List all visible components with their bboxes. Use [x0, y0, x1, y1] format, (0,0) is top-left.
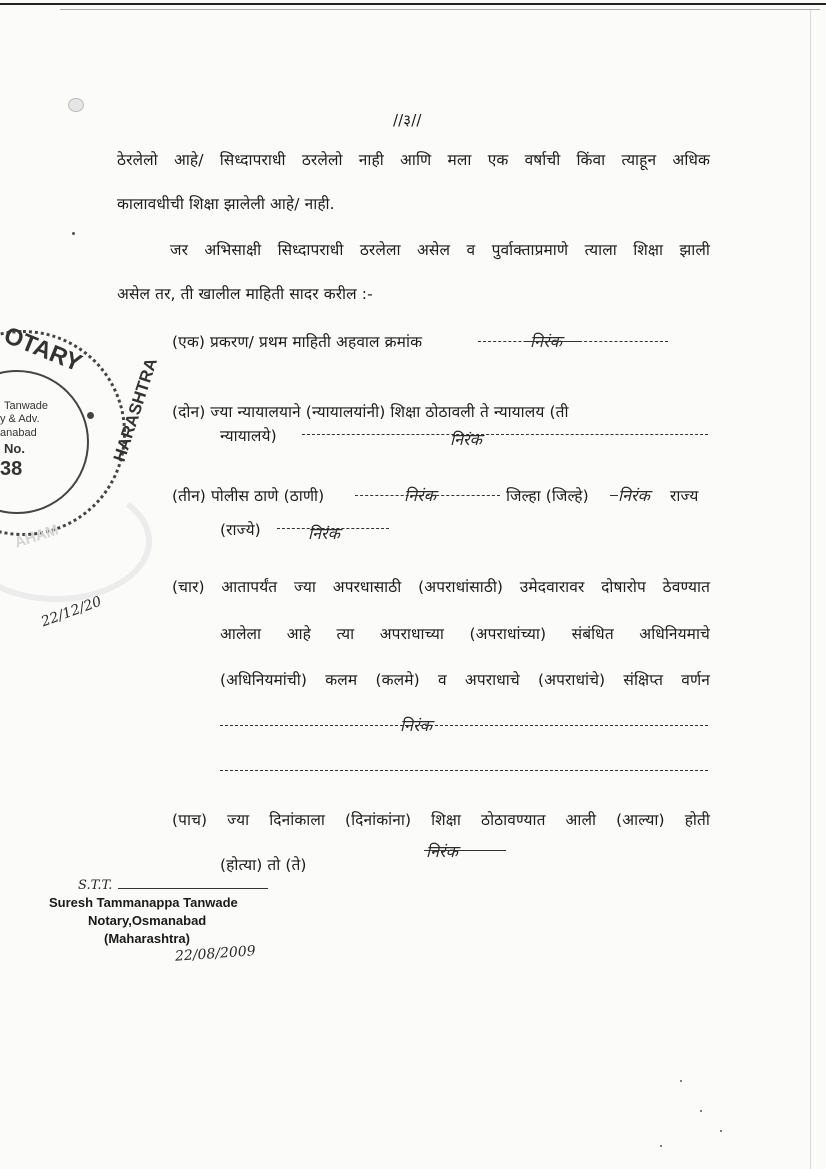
notary-signature-stroke — [118, 888, 268, 889]
speck — [680, 1080, 682, 1082]
item-three-line-2: (राज्ये) — [220, 518, 261, 540]
stamp-dot — [87, 412, 94, 419]
item-five-strike — [424, 850, 506, 851]
paragraph-2-line-2: असेल तर, ती खालील माहिती सादर करील :- — [117, 282, 373, 304]
stamp-line-1: Tanwade — [4, 400, 48, 412]
scan-top-edge — [0, 3, 826, 5]
item-one-label: (एक) प्रकरण/ प्रथम माहिती अहवाल क्रमांक — [172, 330, 422, 352]
paragraph-1-line-1: ठेरलेलो आहे/ सिध्दापराधी ठरलेलो नाही आणि… — [117, 148, 710, 170]
stamp-line-4: No. — [4, 441, 25, 456]
stamp-line-2: y & Adv. — [0, 413, 40, 425]
stamp-line-5: 38 — [0, 458, 22, 481]
item-three-state-label: राज्य — [670, 484, 699, 506]
item-three-state-handwritten: निरंक — [308, 522, 340, 544]
paragraph-2-line-1: जर अभिसाक्षी सिध्दापराधी ठरलेला असेल व प… — [170, 238, 710, 260]
notary-state: (Maharashtra) — [104, 931, 190, 946]
item-four-line-1: (चार) आतापर्यंत ज्या अपरधासाठी (अपराधांस… — [172, 575, 710, 597]
item-two-handwritten-nil: निरंक — [450, 428, 482, 450]
item-three-district-label: जिल्हा (जिल्हे) — [506, 484, 589, 506]
punch-hole-mark — [68, 98, 84, 112]
item-four-line-3: (अधिनियमांची) कलम (कलमे) व अपराधाचे (अपर… — [220, 668, 710, 690]
speck — [700, 1110, 702, 1112]
notary-name: Suresh Tammanappa Tanwade — [49, 895, 238, 910]
scan-top-edge-inner — [60, 9, 820, 10]
scan-right-edge — [810, 10, 811, 1169]
item-five-line-2: (होत्या) तो (ते) — [220, 853, 307, 875]
item-five-line-1: (पाच) ज्या दिनांकाला (दिनांकांना) शिक्षा… — [172, 808, 710, 830]
speck — [720, 1130, 722, 1132]
item-four-blank-line-1 — [220, 725, 708, 726]
item-four-handwritten-nil: निरंक — [400, 714, 432, 736]
item-two-line-2: न्यायालये) — [220, 424, 277, 446]
item-three-police-station-label: (तीन) पोलीस ठाणे (ठाणी) — [172, 484, 324, 506]
item-four-blank-line-2 — [220, 770, 708, 771]
speck — [660, 1145, 662, 1147]
paragraph-1-line-2: कालावधीची शिक्षा झालेली आहे/ नाही. — [117, 192, 335, 214]
item-two-blank-line — [302, 434, 708, 435]
speck — [72, 232, 75, 235]
item-two-line-1: (दोन) ज्या न्यायालयाने (न्यायालयांनी) शि… — [172, 400, 569, 422]
page-number: //३// — [393, 110, 422, 130]
item-three-police-station-handwritten: निरंक — [404, 484, 436, 506]
item-one-strike — [524, 341, 580, 342]
item-three-district-handwritten: निरंक — [618, 484, 650, 506]
item-four-line-2: आलेला आहे त्या अपराधाच्या (अपराधांच्या) … — [220, 622, 710, 644]
item-three-district-dash — [610, 495, 618, 496]
notary-title: Notary,Osmanabad — [88, 913, 206, 928]
notary-date-handwritten: 22/08/2009 — [175, 943, 257, 965]
notary-initials-signature: S.T.T. — [78, 878, 112, 893]
stamp-line-3: anabad — [0, 427, 37, 439]
